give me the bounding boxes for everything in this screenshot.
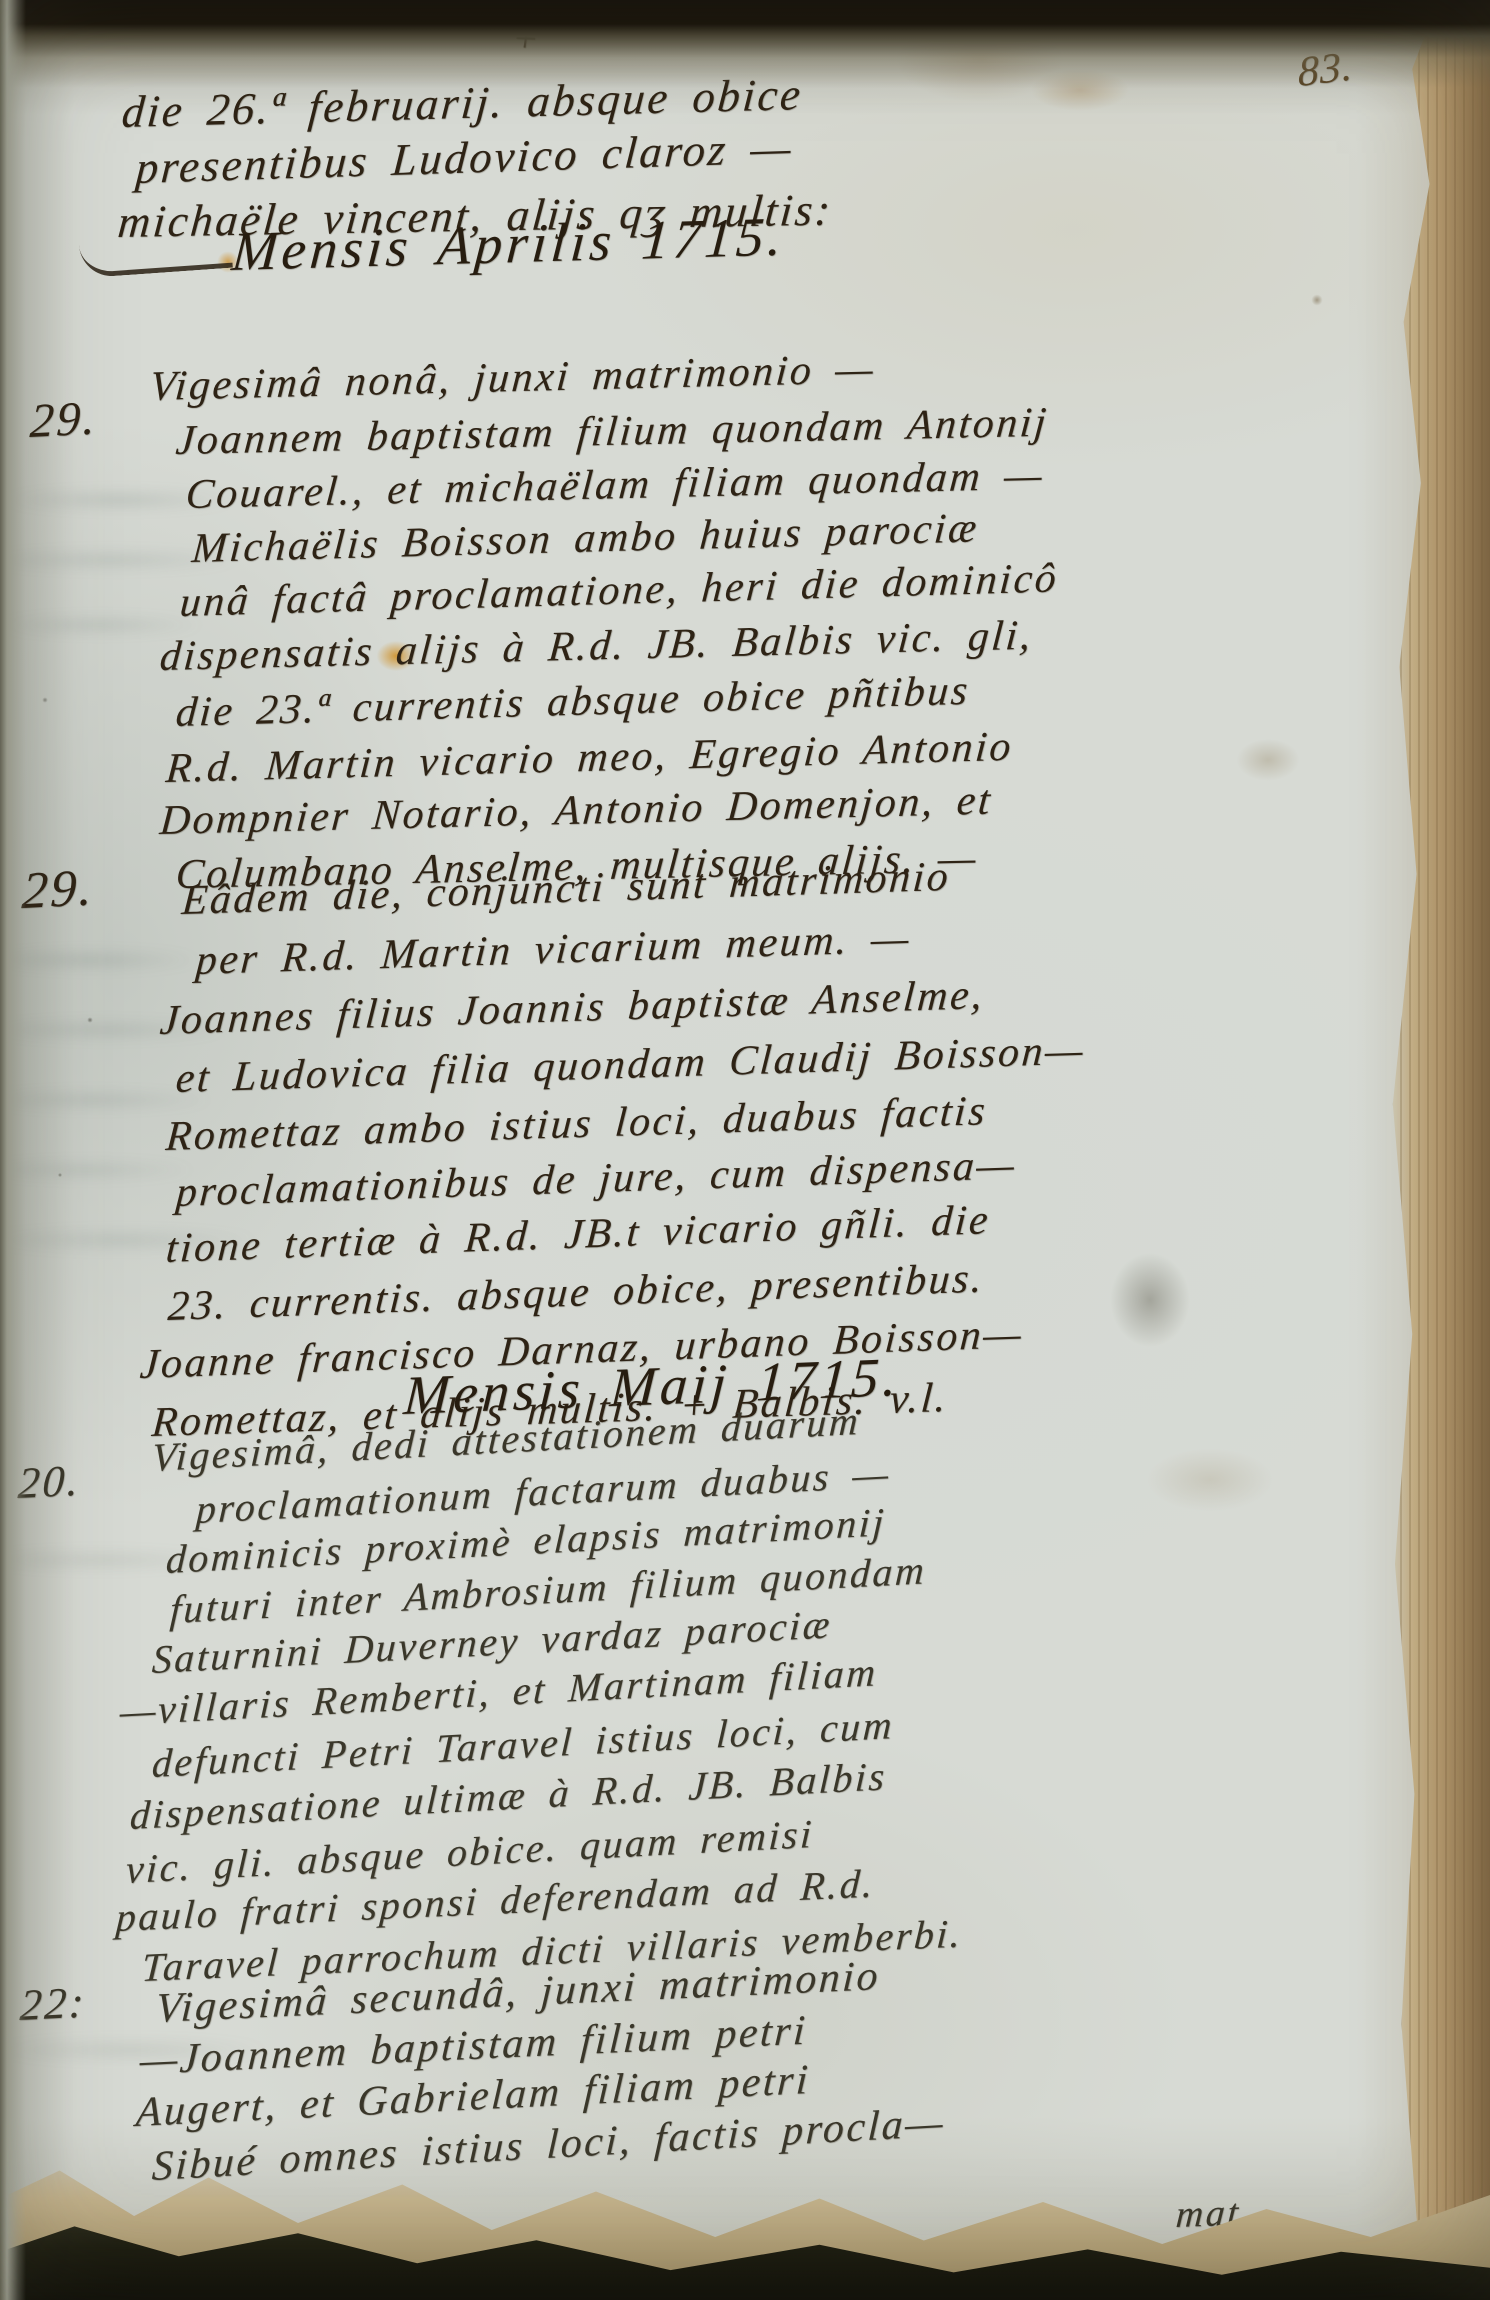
cross-mark: +	[509, 18, 542, 59]
entry-number: 29.	[21, 862, 96, 918]
entry-number: 29.	[29, 394, 99, 446]
manuscript-line: mat.	[1175, 2193, 1254, 2234]
entry-number: 22:	[19, 1980, 87, 2028]
entry-number: 20.	[17, 1459, 82, 1506]
manuscript-photo: + 83. die 26.ª februarij. absque obice p…	[0, 0, 1490, 2300]
month-heading-april: Mensis Aprilis 1715.	[230, 208, 788, 279]
page-number: 83.	[1298, 45, 1354, 94]
